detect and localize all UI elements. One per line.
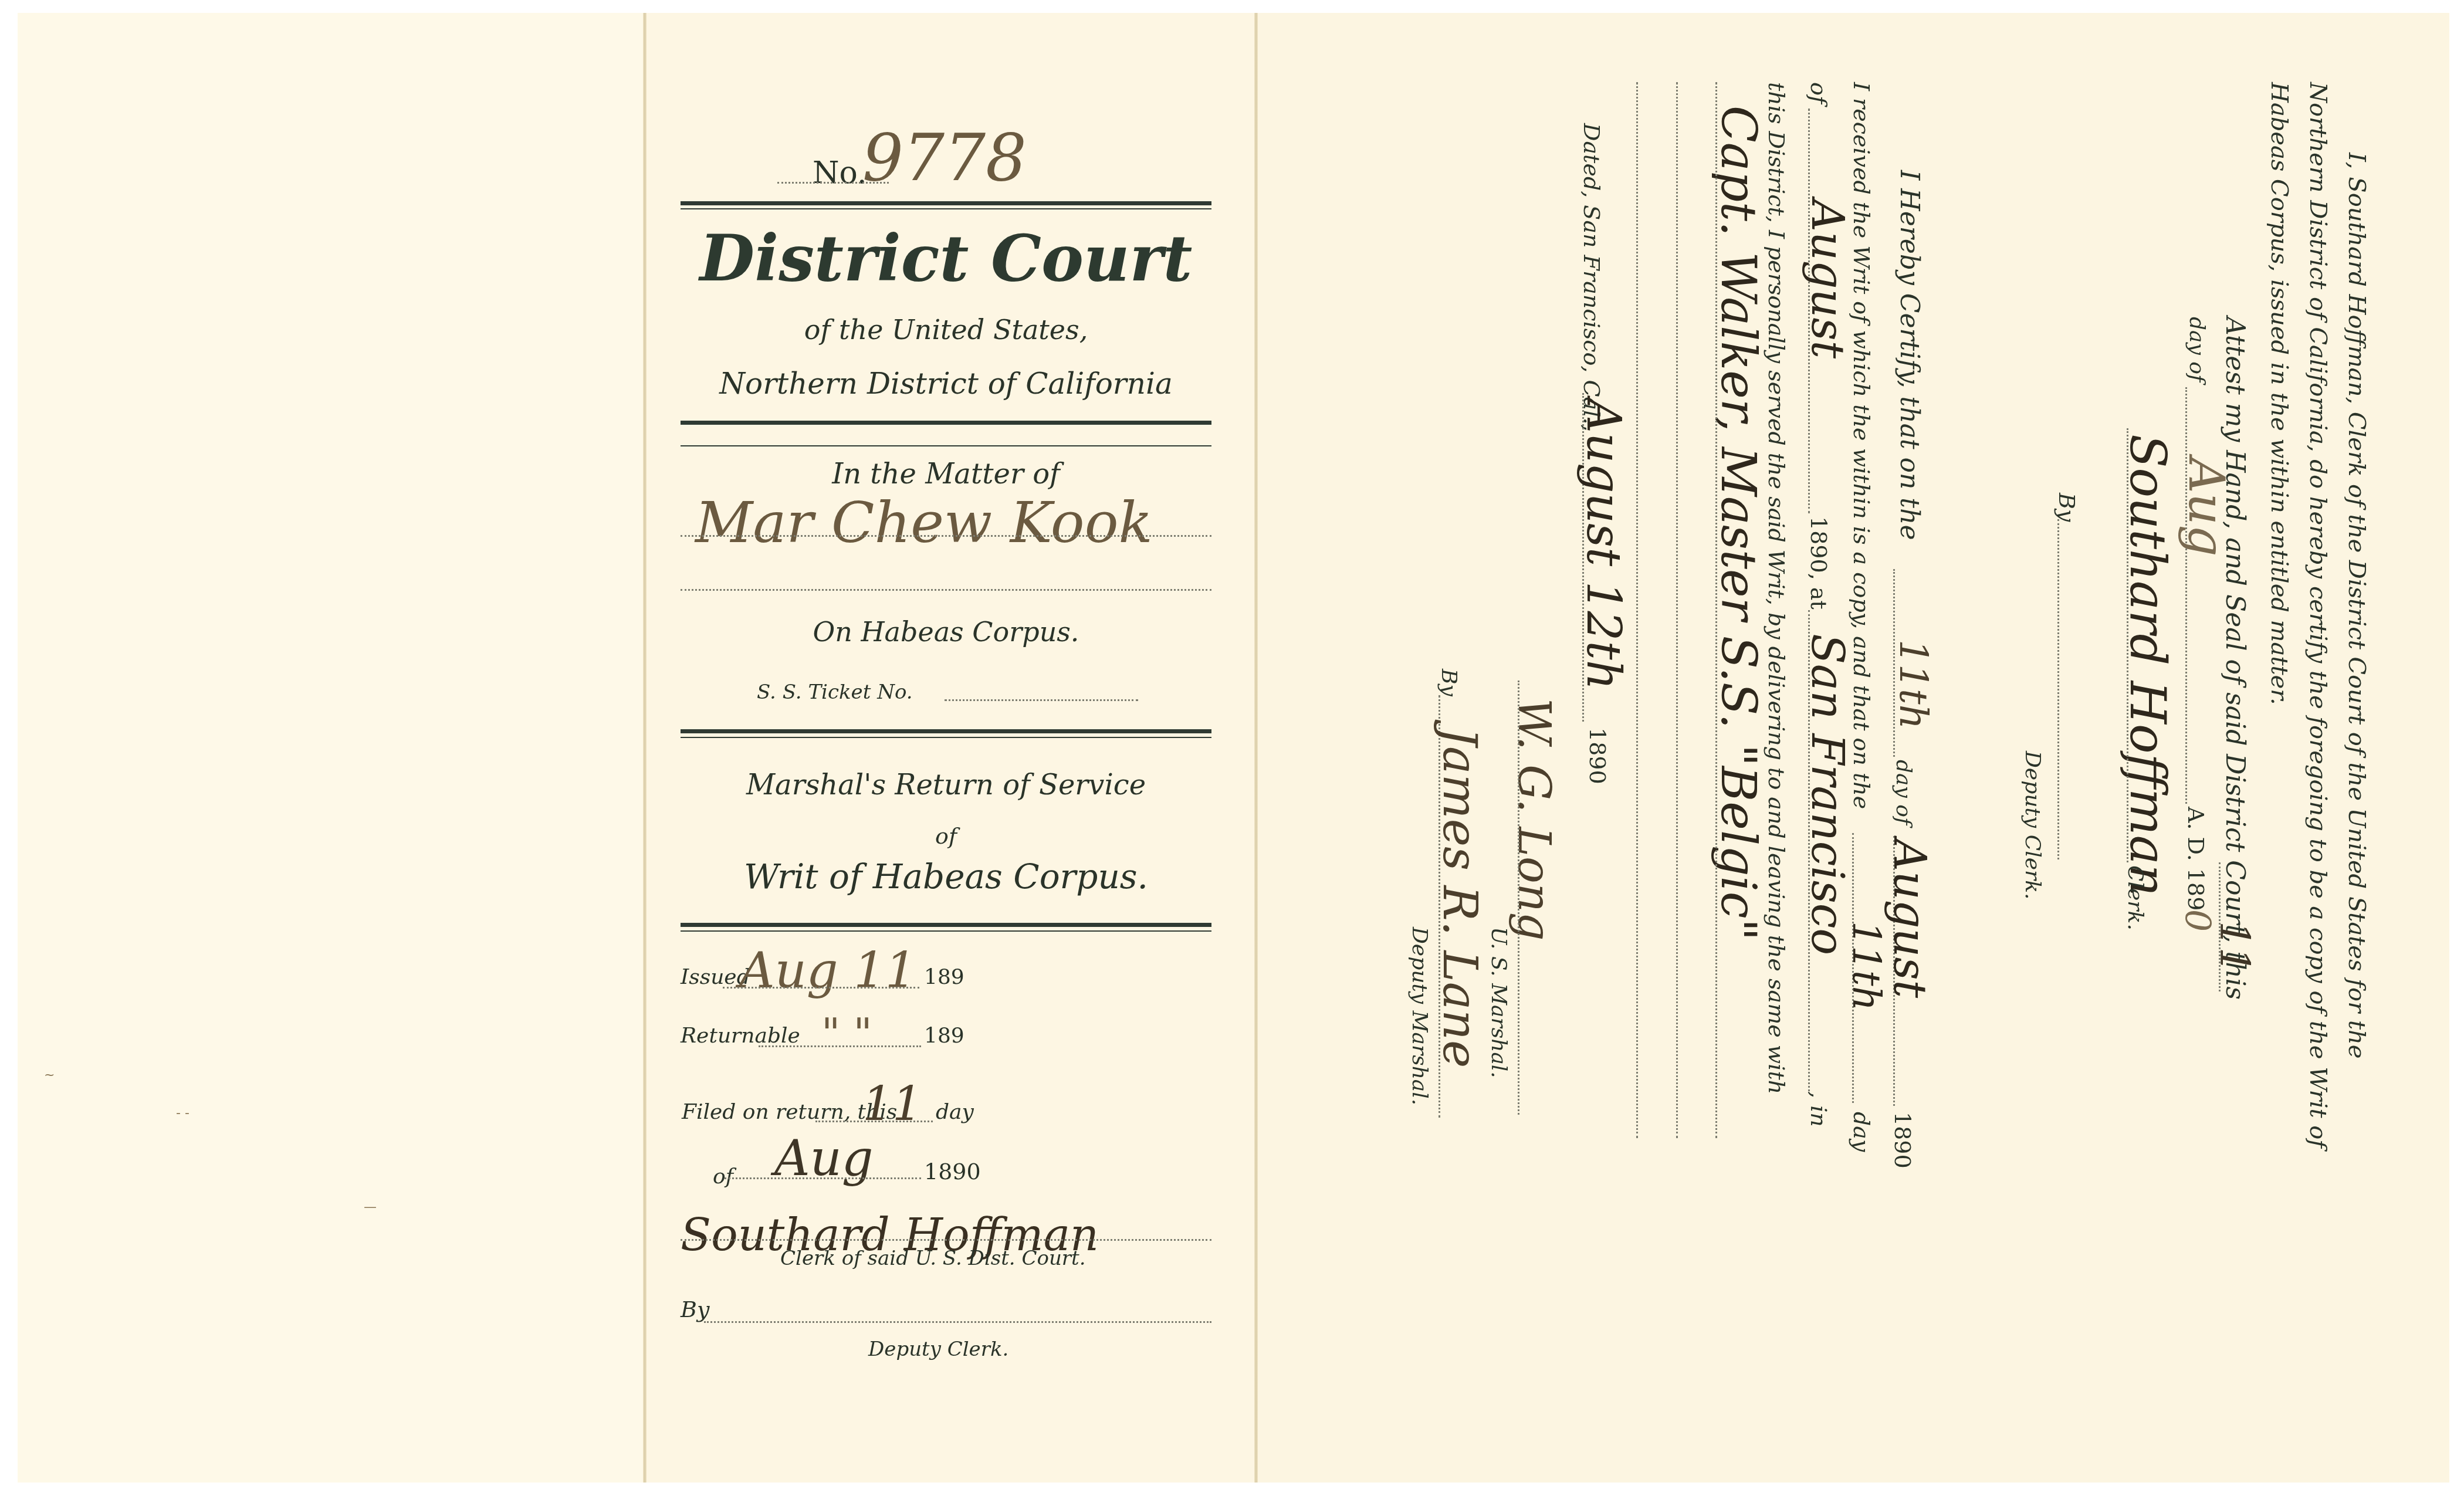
by-label: By — [681, 1297, 709, 1322]
court-title: District Court — [681, 222, 1211, 296]
by-line — [704, 1321, 1211, 1323]
filed-day: 11 — [862, 1077, 922, 1131]
matter-line-1 — [681, 535, 1211, 537]
clerk-title: Clerk of said U. S. Dist. Court. — [780, 1247, 1086, 1270]
inner-rotated-content: I, Southard Hoffman, Clerk of the Distri… — [1285, 82, 2370, 1449]
marshal-in-label: , in — [1806, 1091, 1832, 1127]
rule-thick — [681, 923, 1211, 927]
rule-thin — [681, 930, 1211, 932]
issued-year: 189 — [924, 965, 964, 989]
clerk-cert-line-1: I, Southard Hoffman, Clerk of the Distri… — [2343, 153, 2370, 1058]
clerk-by-label: By — [2054, 493, 2080, 522]
court-subtitle-2: Northern District of California — [681, 367, 1211, 401]
marshal-month-2: August — [1802, 199, 1854, 358]
ticket-line — [945, 699, 1138, 701]
attest-label: Attest my Hand, and Seal of said Distric… — [2220, 317, 2250, 1000]
ink-stain: ~ — [44, 1068, 55, 1082]
ad-label: A. D. 189 — [2183, 807, 2209, 911]
marshal-signature-line — [1518, 681, 1519, 1115]
marshal-month-1: August — [1884, 839, 1936, 998]
marshal-of-label: of — [1806, 82, 1832, 104]
clerk-cert-line-3: Habeas Corpus, issued in the within enti… — [2266, 82, 2293, 705]
rule-thin — [681, 445, 1211, 446]
clerk-cert-line-2: Northern District of California, do here… — [2304, 82, 2331, 1148]
filed-year: 1890 — [924, 1159, 981, 1184]
served-to-line-3 — [1636, 82, 1638, 1138]
marshal-title: U. S. Marshal. — [1487, 927, 1511, 1078]
fold-line-left — [643, 13, 647, 1483]
attest-month-line — [2185, 387, 2187, 804]
issued-line — [723, 987, 919, 989]
marshal-day-label: day — [1849, 1112, 1874, 1152]
served-to: Capt. Walker, Master S.S. "Belgic" — [1710, 106, 1766, 940]
served-to-line-1 — [1715, 82, 1717, 1138]
deputy-marshal-signature: James R. Lane — [1433, 727, 1487, 1068]
number-line — [777, 182, 889, 184]
rule-thin — [681, 208, 1211, 209]
court-subtitle-1: of the United States, — [681, 314, 1211, 346]
issued-value: Aug 11 — [739, 942, 916, 999]
clerk-by-line — [2057, 519, 2059, 859]
matter-line-2 — [681, 589, 1211, 591]
rule-thick — [681, 201, 1211, 205]
ink-stain: — — [364, 1200, 377, 1214]
matter-label: In the Matter of — [681, 458, 1211, 490]
marshal-year-2-label: 1890, at — [1806, 516, 1832, 610]
clerk-label: Clerk. — [2123, 865, 2147, 930]
marshal-day-1: 11th — [1891, 639, 1936, 729]
proceeding-label: On Habeas Corpus. — [681, 616, 1211, 648]
attest-month: Aug — [2178, 458, 2235, 557]
marshal-signature: W. G. Long — [1508, 698, 1561, 940]
number-label: No. — [813, 155, 867, 191]
returnable-year: 189 — [924, 1024, 964, 1048]
clerk-signature-line-inner — [2127, 428, 2128, 862]
returnable-value: " " — [821, 1009, 872, 1057]
marshal-day-of-label: day of — [1891, 760, 1915, 825]
rule-thick — [681, 421, 1211, 425]
served-to-line-2 — [1676, 82, 1678, 1138]
marshal-cert-heading: I Hereby Certify, that on the — [1894, 170, 1924, 540]
rule-thick — [681, 729, 1211, 733]
dated-label: Dated, San Francisco, Cal., — [1579, 123, 1605, 432]
dated-value: August 12th — [1576, 399, 1631, 690]
filed-of-label: of — [713, 1165, 733, 1189]
returnable-label: Returnable — [681, 1024, 800, 1048]
return-title-1: Marshal's Return of Service — [681, 769, 1211, 801]
filed-day-line — [815, 1121, 933, 1122]
returnable-line — [759, 1045, 921, 1047]
attest-day: 11 — [2211, 921, 2259, 973]
ticket-label: S. S. Ticket No. — [757, 681, 913, 704]
deputy-clerk-title: Deputy Clerk. — [868, 1338, 1008, 1361]
clerk-deputy-label: Deputy Clerk. — [2020, 751, 2045, 899]
return-title-2: of — [681, 823, 1211, 849]
ink-stain: - - — [176, 1106, 189, 1121]
case-number: 9778 — [862, 120, 1027, 195]
clerk-signature-line — [681, 1239, 1211, 1241]
marshal-year-1: 1890 — [1890, 1112, 1915, 1169]
ad-year-suffix: 0 — [2177, 909, 2218, 932]
dated-year: 1890 — [1585, 727, 1610, 784]
return-title-3: Writ of Habeas Corpus. — [681, 857, 1211, 896]
rule-thin — [681, 737, 1211, 738]
matter-name: Mar Chew Kook — [695, 490, 1153, 556]
attest-day-of-label: day of — [2185, 317, 2209, 382]
service-place: San Francisco — [1802, 634, 1854, 955]
filed-month-line — [725, 1177, 921, 1179]
fold-line-right — [1254, 13, 1258, 1483]
deputy-marshal-title: Deputy Marshal. — [1407, 927, 1431, 1105]
marshal-cert-line-4: this District, I personally served the s… — [1764, 82, 1789, 1094]
marshal-by-label: By — [1437, 669, 1461, 696]
back-panel — [18, 13, 645, 1483]
filed-day-suffix: day — [936, 1100, 974, 1124]
